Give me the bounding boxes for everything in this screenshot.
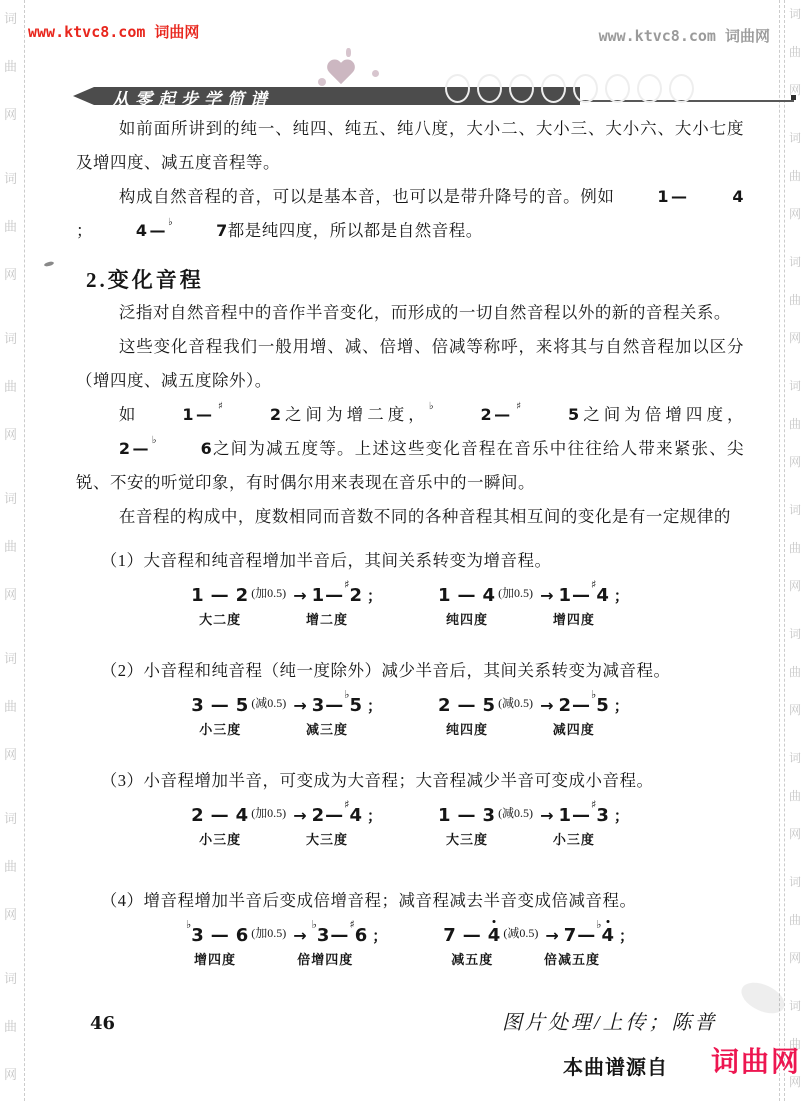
jianpu-note: 4 [689, 187, 744, 206]
music-notation: 7—4 [443, 925, 500, 946]
watermark-char: 词 [4, 12, 17, 25]
watermark-char: 词 [789, 628, 801, 641]
watermark-char: 词 [789, 876, 801, 889]
interval-dash: — [150, 221, 167, 240]
formula-group: 3—5(减0.5)→3—♭5；小三度减三度 [191, 692, 382, 738]
jianpu-note: ♯4 [591, 588, 609, 605]
jianpu-note: 1 [438, 808, 451, 825]
watermark-char: 词 [4, 812, 17, 825]
jianpu-note: ♭5 [344, 698, 362, 715]
formula-operation: (减0.5) [503, 924, 538, 941]
jianpu-note: ♭3 [312, 928, 330, 945]
watermark-char: 网 [789, 208, 801, 221]
jianpu-note: 3 [483, 808, 496, 825]
interval-example: （4）增音程增加半音后变成倍增音程；减音程减去半音变成倍减音程。♭3—6(加0.… [76, 884, 744, 968]
formula-group: 2—5(减0.5)→2—♭5；纯四度减四度 [438, 692, 629, 738]
book-page: 词曲网词曲网词曲网词曲网词曲网词曲网词曲网 词曲网词曲网词曲网词曲网词曲网词曲网… [0, 0, 806, 1101]
interval-label: 纯四度 [446, 719, 488, 738]
jianpu-note: 3 [191, 698, 204, 715]
jianpu-note: ♭6 [151, 439, 212, 458]
ktvc8-link-top-right[interactable]: www.ktvc8.com 词曲网 [599, 25, 770, 46]
paragraph-text: 泛指对自然音程中的音作半音变化，而形成的一切自然音程以外的新的音程关系。 [119, 303, 731, 322]
interval-dash: — [577, 925, 595, 946]
interval-label: 倍减五度 [544, 949, 600, 968]
interval-dash: — [211, 805, 229, 826]
interval-dash: — [325, 695, 343, 716]
watermark-char: 曲 [789, 170, 801, 183]
watermark-char: 曲 [789, 418, 801, 431]
watermark-char: 曲 [4, 540, 17, 553]
interval-examples: （1）大音程和纯音程增加半音后，其间关系转变为增音程。1—2(加0.5)→1—♯… [76, 544, 744, 968]
jianpu-note: ♯6 [349, 928, 367, 945]
formula-separator: ； [619, 925, 634, 946]
formula-separator: ； [367, 805, 382, 826]
music-notation: 2—♯4 [312, 805, 362, 826]
right-dashed-border-outer [779, 0, 780, 1101]
watermark-char: 词 [4, 652, 17, 665]
music-notation: 1—♯3 [558, 805, 608, 826]
interval-dash: — [572, 585, 590, 606]
interval-dash: — [671, 187, 688, 206]
jianpu-note: 1 [558, 808, 571, 825]
paragraph-text: 都是纯四度，所以都是自然音程。 [228, 221, 483, 240]
banner-title: 从零起步学简谱 [112, 85, 273, 110]
jianpu-note: ♭5 [591, 698, 609, 715]
jianpu-note: 1 [614, 187, 669, 206]
interval-dash: — [494, 405, 511, 424]
ciquwang-logo[interactable]: 词曲网 [711, 1040, 801, 1080]
music-notation: 4—♭7 [93, 221, 228, 240]
jianpu-note: 2 [191, 808, 204, 825]
paragraph-text: ； [76, 221, 93, 240]
watermark-char: 曲 [789, 914, 801, 927]
jianpu-note: 1 [312, 588, 325, 605]
paragraph: 泛指对自然音程中的音作半音变化，而形成的一切自然音程以外的新的音程关系。 [76, 296, 744, 330]
interval-dash: — [463, 925, 481, 946]
interval-dash: — [330, 925, 348, 946]
watermark-char: 曲 [789, 790, 801, 803]
example-caption: （3）小音程增加半音，可变成为大音程；大音程减少半音可变成小音程。 [76, 764, 744, 798]
watermark-char: 网 [4, 908, 17, 921]
watermark-char: 网 [4, 268, 17, 281]
formula-group: 1—4(加0.5)→1—♯4；纯四度增四度 [438, 582, 629, 628]
jianpu-note: 6 [236, 928, 249, 945]
uploader-credit: 图片处理/上传；陈普 [502, 1006, 718, 1035]
jianpu-note: 4 [93, 221, 148, 240]
paragraph-text: 如 [119, 405, 140, 424]
jianpu-note: ♭2 [429, 405, 492, 424]
watermark-char: 词 [4, 172, 17, 185]
formula-separator: ； [614, 585, 629, 606]
watermark-char: 曲 [789, 542, 801, 555]
interval-dash: — [572, 695, 590, 716]
jianpu-note: ♭3 [186, 928, 204, 945]
formula-operation: (减0.5) [251, 694, 286, 711]
formula-separator: ； [367, 585, 382, 606]
interval-dash: — [458, 585, 476, 606]
arrow-icon: → [293, 696, 306, 715]
watermark-char: 网 [789, 332, 801, 345]
left-dashed-border [24, 0, 25, 1101]
watermark-char: 词 [789, 132, 801, 145]
jianpu-note: ♯2 [344, 588, 362, 605]
watermark-char: 曲 [789, 294, 801, 307]
interval-example: （1）大音程和纯音程增加半音后，其间关系转变为增音程。1—2(加0.5)→1—♯… [76, 544, 744, 628]
jianpu-note: 3 [312, 698, 325, 715]
music-notation: ♭2—♯5 [429, 405, 580, 424]
watermark-char: 网 [789, 952, 801, 965]
watermark-char: 曲 [789, 46, 801, 59]
interval-label: 增四度 [553, 609, 595, 628]
watermark-char: 词 [789, 752, 801, 765]
jianpu-note: ♭4 [596, 928, 614, 945]
ink-smudge [44, 261, 55, 267]
watermark-char: 曲 [4, 700, 17, 713]
page-number: 46 [90, 1013, 115, 1034]
formula-group: 7—4(减0.5)→7—♭4；减五度倍减五度 [443, 922, 634, 968]
music-notation: 2—♭5 [558, 695, 608, 716]
interval-example: （2）小音程和纯音程（纯一度除外）减少半音后，其间关系转变为减音程。3—5(减0… [76, 654, 744, 738]
music-notation: 2—5 [438, 695, 495, 716]
music-notation: 2—4 [191, 805, 248, 826]
jianpu-note: 7 [443, 928, 456, 945]
intro-paragraphs: 如前面所讲到的纯一、纯四、纯五、纯八度，大小二、大小三、大小六、大小七度及增四度… [76, 112, 744, 248]
jianpu-note: 4 [483, 588, 496, 605]
octave-dot-icon [493, 920, 496, 923]
example-caption: （4）增音程增加半音后变成倍增音程；减音程减去半音变成倍减音程。 [76, 884, 744, 918]
decorative-circles [445, 74, 694, 103]
interval-label: 减三度 [306, 719, 348, 738]
paragraph-text: 之间为倍增四度， [580, 405, 744, 424]
jianpu-note: 5 [236, 698, 249, 715]
watermark-char: 网 [789, 580, 801, 593]
flat-icon: ♭ [151, 435, 158, 446]
bubble-icon [318, 78, 326, 86]
paragraph: 构成自然音程的音，可以是基本音，也可以是带升降号的音。例如1—4；4—♭7都是纯… [76, 180, 744, 248]
paragraph-text: 之间为增二度， [281, 405, 428, 424]
flat-icon: ♭ [429, 401, 438, 412]
jianpu-note: 4 [236, 808, 249, 825]
watermark-char: 词 [4, 972, 17, 985]
music-notation: 1—4 [438, 585, 495, 606]
interval-dash: — [572, 805, 590, 826]
jianpu-note: 1 [139, 405, 194, 424]
interval-dash: — [458, 695, 476, 716]
example-caption: （2）小音程和纯音程（纯一度除外）减少半音后，其间关系转变为减音程。 [76, 654, 744, 688]
formula-row: 2—4(加0.5)→2—♯4；小三度大三度1—3(减0.5)→1—♯3；大三度小… [76, 802, 744, 848]
formula-operation: (减0.5) [498, 804, 533, 821]
formula-group: ♭3—6(加0.5)→♭3—♯6；增四度倍增四度 [186, 922, 387, 968]
music-notation: 1—♯2 [312, 585, 362, 606]
interval-label: 纯四度 [446, 609, 488, 628]
banner-end-dot [791, 95, 796, 100]
jianpu-note: ♯5 [513, 405, 580, 424]
source-prefix: 本曲谱源自 [563, 1051, 668, 1080]
music-notation: 7—♭4 [564, 925, 614, 946]
music-notation: 1—♯4 [558, 585, 608, 606]
paragraph: 如1—♯2之间为增二度，♭2—♯5之间为倍增四度，2—♭6之间为减五度等。上述这… [76, 398, 744, 500]
watermark-char: 词 [789, 256, 801, 269]
arrow-icon: → [540, 696, 553, 715]
paragraph-text: 这些变化音程我们一般用增、减、倍增、倍减等称呼，来将其与自然音程加以区分（增四度… [76, 337, 744, 390]
interval-dash: — [196, 405, 213, 424]
formula-group: 2—4(加0.5)→2—♯4；小三度大三度 [191, 802, 382, 848]
jianpu-note: 4 [488, 928, 501, 945]
page-content: 如前面所讲到的纯一、纯四、纯五、纯八度，大小二、大小三、大小六、大小七度及增四度… [76, 112, 744, 968]
formula-row: ♭3—6(加0.5)→♭3—♯6；增四度倍增四度7—4(减0.5)→7—♭4；减… [76, 922, 744, 968]
ktvc8-link-top-left[interactable]: www.ktvc8.com 词曲网 [28, 21, 199, 42]
interval-dash: — [325, 805, 343, 826]
formula-operation: (加0.5) [251, 584, 286, 601]
octave-dot-icon [606, 920, 609, 923]
watermark-char: 网 [789, 456, 801, 469]
interval-dash: — [325, 585, 343, 606]
paragraph-text: 构成自然音程的音，可以是基本音，也可以是带升降号的音。例如 [119, 187, 615, 206]
jianpu-note: 1 [191, 588, 204, 605]
watermark-char: 网 [4, 748, 17, 761]
scan-smudge [737, 976, 790, 1019]
formula-row: 3—5(减0.5)→3—♭5；小三度减三度2—5(减0.5)→2—♭5；纯四度减… [76, 692, 744, 738]
watermark-char: 曲 [4, 220, 17, 233]
interval-dash: — [211, 695, 229, 716]
paragraph: 如前面所讲到的纯一、纯四、纯五、纯八度，大小二、大小三、大小六、大小七度及增四度… [76, 112, 744, 180]
jianpu-note: 1 [438, 588, 451, 605]
music-notation: 1—4 [614, 187, 744, 206]
banner-arrow-tip [73, 87, 94, 105]
interval-label: 大二度 [199, 609, 241, 628]
watermark-char: 曲 [4, 60, 17, 73]
interval-label: 小三度 [199, 719, 241, 738]
watermark-char: 词 [789, 380, 801, 393]
right-dashed-border-inner [784, 0, 785, 1101]
watermark-char: 网 [789, 704, 801, 717]
arrow-icon: → [293, 806, 306, 825]
formula-separator: ； [367, 695, 382, 716]
interval-dash: — [458, 805, 476, 826]
arrow-icon: → [540, 806, 553, 825]
interval-label: 小三度 [553, 829, 595, 848]
formula-row: 1—2(加0.5)→1—♯2；大二度增二度1—4(加0.5)→1—♯4；纯四度增… [76, 582, 744, 628]
interval-label: 增四度 [194, 949, 236, 968]
watermark-char: 网 [4, 588, 17, 601]
interval-example: （3）小音程增加半音，可变成为大音程；大音程减少半音可变成小音程。2—4(加0.… [76, 764, 744, 848]
watermark-char: 网 [4, 428, 17, 441]
paragraph-text: 在音程的构成中，度数相同而音数不同的各种音程其相互间的变化是有一定规律的 [119, 507, 731, 526]
arrow-icon: → [545, 926, 558, 945]
arrow-icon: → [293, 586, 306, 605]
paragraph-text: 如前面所讲到的纯一、纯四、纯五、纯八度，大小二、大小三、大小六、大小七度及增四度… [76, 119, 744, 172]
jianpu-note: 2 [438, 698, 451, 715]
formula-operation: (加0.5) [251, 924, 286, 941]
interval-label: 减四度 [553, 719, 595, 738]
jianpu-note: ♯3 [591, 808, 609, 825]
jianpu-note: 2 [312, 808, 325, 825]
jianpu-note: ♯2 [214, 405, 281, 424]
paragraph: 这些变化音程我们一般用增、减、倍增、倍减等称呼，来将其与自然音程加以区分（增四度… [76, 330, 744, 398]
arrow-icon: → [540, 586, 553, 605]
interval-label: 减五度 [451, 949, 493, 968]
watermark-char: 曲 [789, 666, 801, 679]
jianpu-note: 7 [564, 928, 577, 945]
interval-dash: — [211, 585, 229, 606]
arrow-icon: → [293, 926, 306, 945]
jianpu-note: ♭7 [168, 221, 228, 240]
formula-operation: (减0.5) [498, 694, 533, 711]
watermark-char: 网 [4, 1068, 17, 1081]
music-notation: 2—♭6 [76, 439, 212, 458]
sprout-icon [346, 48, 351, 57]
interval-label: 大三度 [446, 829, 488, 848]
watermark-char: 词 [4, 492, 17, 505]
jianpu-note: 1 [558, 588, 571, 605]
music-notation: ♭3—♯6 [312, 925, 368, 946]
interval-label: 增二度 [306, 609, 348, 628]
formula-group: 1—2(加0.5)→1—♯2；大二度增二度 [191, 582, 382, 628]
watermark-char: 网 [4, 108, 17, 121]
formula-operation: (加0.5) [498, 584, 533, 601]
jianpu-note: ♯4 [344, 808, 362, 825]
bubble-icon [372, 70, 379, 77]
interval-label: 小三度 [199, 829, 241, 848]
example-caption: （1）大音程和纯音程增加半音后，其间关系转变为增音程。 [76, 544, 744, 578]
sharp-icon: ♯ [214, 401, 226, 412]
watermark-char: 曲 [4, 1020, 17, 1033]
section-paragraphs: 泛指对自然音程中的音作半音变化，而形成的一切自然音程以外的新的音程关系。这些变化… [76, 296, 744, 534]
interval-dash: — [133, 439, 150, 458]
music-notation: 3—5 [191, 695, 248, 716]
sharp-icon: ♯ [513, 401, 525, 412]
interval-dash: — [211, 925, 229, 946]
watermark-char: 词 [789, 504, 801, 517]
watermark-char: 词 [789, 1000, 801, 1013]
interval-label: 大三度 [306, 829, 348, 848]
formula-group: 1—3(减0.5)→1—♯3；大三度小三度 [438, 802, 629, 848]
formula-separator: ； [614, 695, 629, 716]
section-title: 2.变化音程 [86, 264, 744, 296]
music-notation: ♭3—6 [186, 925, 248, 946]
formula-separator: ； [614, 805, 629, 826]
music-notation: 1—3 [438, 805, 495, 826]
heart-graphic-icon [334, 60, 364, 86]
watermark-char: 曲 [4, 860, 17, 873]
interval-label: 倍增四度 [297, 949, 353, 968]
music-notation: 1—♯2 [139, 405, 281, 424]
jianpu-note: 2 [558, 698, 571, 715]
watermark-char: 曲 [4, 380, 17, 393]
music-notation: 3—♭5 [312, 695, 362, 716]
formula-separator: ； [372, 925, 387, 946]
paragraph: 在音程的构成中，度数相同而音数不同的各种音程其相互间的变化是有一定规律的 [76, 500, 744, 534]
formula-operation: (加0.5) [251, 804, 286, 821]
watermark-char: 词 [789, 8, 801, 21]
watermark-char: 词 [4, 332, 17, 345]
jianpu-note: 2 [76, 439, 131, 458]
watermark-char: 网 [789, 828, 801, 841]
music-notation: 1—2 [191, 585, 248, 606]
jianpu-note: 5 [483, 698, 496, 715]
jianpu-note: 2 [236, 588, 249, 605]
